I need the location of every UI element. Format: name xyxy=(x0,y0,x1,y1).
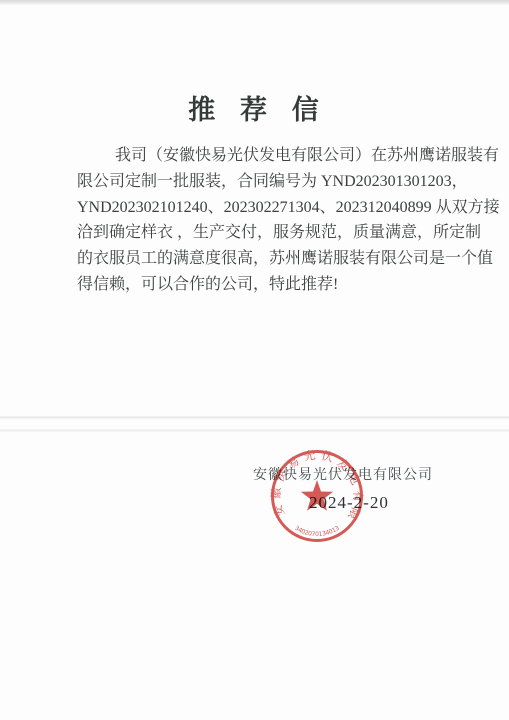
seal-star-icon xyxy=(301,480,333,511)
body-line: 洽到确定样衣 ，生产交付，服务规范，质量满意，所定制 xyxy=(77,220,447,246)
body-line: YND202302101240、202302271304、20231204089… xyxy=(77,195,447,221)
company-seal-stamp: 安徽快易光伏发电有限公司 3402070134013 xyxy=(267,446,367,546)
page-top-edge-shadow xyxy=(0,0,509,5)
body-line: 限公司定制一批服装，合同编号为 YND202301301203， xyxy=(77,169,447,195)
letter-body: 我司（安徽快易光伏发电有限公司）在苏州鹰诺服装有 限公司定制一批服装，合同编号为… xyxy=(77,143,447,298)
scanned-letter-page: 推 荐 信 我司（安徽快易光伏发电有限公司）在苏州鹰诺服装有 限公司定制一批服装… xyxy=(0,0,509,720)
seal-company-arc-text: 安徽快易光伏发电有限公司 xyxy=(267,446,364,522)
letter-title: 推 荐 信 xyxy=(0,88,509,127)
seal-graphic: 安徽快易光伏发电有限公司 3402070134013 xyxy=(267,446,367,546)
page-seam-line xyxy=(0,416,509,419)
page-seam-line xyxy=(0,429,509,432)
body-line: 我司（安徽快易光伏发电有限公司）在苏州鹰诺服装有 xyxy=(77,143,447,169)
body-line: 的衣服员工的满意度很高，苏州鹰诺服装有限公司是一个值 xyxy=(77,246,447,272)
body-line: 得信赖，可以合作的公司，特此推荐! xyxy=(77,272,447,298)
